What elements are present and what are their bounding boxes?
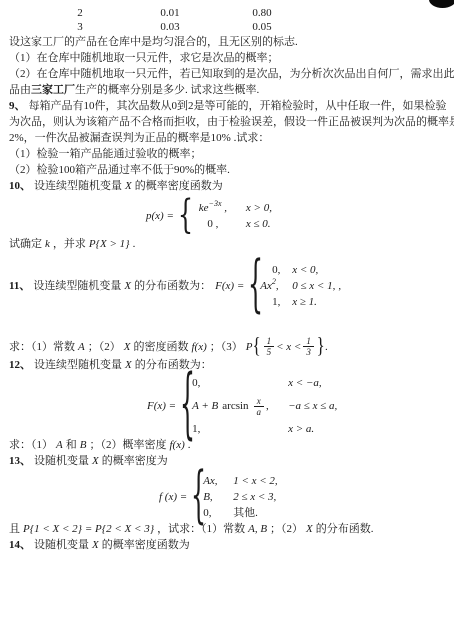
intro-item-1: （1）在仓库中随机地取一只元件，求它是次品的概率； bbox=[9, 50, 445, 66]
math-term: , bbox=[276, 280, 279, 292]
piecewise-value: 1, bbox=[192, 421, 288, 437]
math-var-AB: A, B bbox=[248, 523, 267, 535]
piecewise-row: A + Barcsinxa, −a ≤ x ≤ a, bbox=[192, 391, 337, 421]
piecewise-condition: 0 ≤ x < 1, bbox=[292, 278, 335, 294]
denominator: 5 bbox=[264, 346, 275, 357]
piecewise-condition: x < 0, bbox=[292, 262, 318, 278]
math-expression: P{1 < X < 2} = P{2 < X < 3} bbox=[23, 523, 154, 535]
piecewise-row: ke−3x , x > 0, bbox=[190, 200, 272, 216]
math-term: ke bbox=[199, 202, 209, 214]
math-expression: f(x) bbox=[191, 339, 206, 355]
math-term: , bbox=[222, 202, 228, 214]
piecewise-value: 0, bbox=[192, 375, 288, 391]
formula-p12-cdf: F(x) = { 0, x < −a, A + Barcsinxa, −a ≤ … bbox=[147, 375, 445, 437]
text-segment: 试确定 bbox=[9, 238, 42, 250]
piecewise-row: 0, 其他. bbox=[203, 505, 277, 521]
problem-10-intro: 10、设连续型随机变量X的概率密度函数为 bbox=[9, 178, 445, 194]
math-var-X: X bbox=[125, 359, 132, 371]
problem-14-intro: 14、设随机变量X的概率密度函数为 bbox=[9, 537, 445, 553]
fraction-one-third: 13 bbox=[303, 336, 314, 357]
text-segment: 设连续型随机变量 bbox=[33, 278, 121, 294]
table-cell-rate: 0.01 bbox=[150, 6, 190, 20]
math-var-B: B bbox=[80, 439, 87, 451]
math-term: , bbox=[266, 398, 269, 414]
intro-item-2-cont: 品由三家工厂生产的概率分别是多少. 试求这些概率. bbox=[9, 82, 445, 98]
piecewise-condition: 2 ≤ x < 3, bbox=[233, 489, 276, 505]
math-term: A + B bbox=[192, 398, 218, 414]
numerator: 1 bbox=[264, 336, 275, 346]
problem-13-intro: 13、设随机变量X的概率密度为 bbox=[9, 453, 445, 469]
emphasis-three-factories: 三家工厂 bbox=[31, 84, 75, 96]
piecewise-row: B, 2 ≤ x < 3, bbox=[203, 489, 277, 505]
piecewise-row: 0, x < 0, bbox=[260, 262, 335, 278]
math-var-k: k bbox=[45, 238, 50, 250]
left-brace-icon: { bbox=[191, 481, 198, 514]
piecewise-rows: Ax, 1 < x < 2, B, 2 ≤ x < 3, 0, 其他. bbox=[203, 473, 277, 521]
problem-number: 9、 bbox=[9, 100, 26, 112]
text-segment: 的密度函数 bbox=[133, 339, 188, 355]
text-segment: 生产的概率分别是多少. 试求这些概率. bbox=[75, 84, 259, 96]
text-segment: 设随机变量 bbox=[34, 539, 89, 551]
math-var-X: X bbox=[125, 180, 132, 192]
formula-lhs: f (x) = bbox=[159, 489, 187, 505]
problem-12-intro: 12、设连续型随机变量X的分布函数为： bbox=[9, 357, 445, 373]
table-row: 2 0.01 0.80 bbox=[9, 6, 445, 20]
intro-line-1: 设这家工厂的产品在仓库中是均匀混合的，且无区别的标志. bbox=[9, 34, 445, 50]
left-brace-icon: { bbox=[253, 337, 261, 355]
text-segment: . bbox=[325, 339, 328, 355]
table-cell-rate: 0.03 bbox=[150, 20, 190, 34]
text-segment: ，并求 bbox=[53, 238, 86, 250]
piecewise-value: 0 , bbox=[190, 216, 236, 232]
math-var-X: X bbox=[92, 455, 99, 467]
right-brace-icon: } bbox=[316, 337, 324, 355]
formula-p10-density: p(x) = { ke−3x , x > 0, 0 , x ≤ 0. bbox=[146, 200, 445, 232]
piecewise-condition: 1 < x < 2, bbox=[233, 473, 277, 489]
problem-number: 14、 bbox=[9, 539, 31, 551]
piecewise-condition: x > a. bbox=[288, 421, 314, 437]
piecewise-rows: 0, x < −a, A + Barcsinxa, −a ≤ x ≤ a, 1,… bbox=[192, 375, 337, 437]
text-segment: 的分布函数为： bbox=[134, 278, 211, 294]
fraction-one-fifth: 15 bbox=[264, 336, 275, 357]
text-segment: 的概率密度函数为 bbox=[135, 180, 223, 192]
text-segment: ；（3） bbox=[210, 339, 243, 355]
piecewise-condition: x > 0, bbox=[246, 200, 272, 216]
math-var-X: X bbox=[92, 539, 99, 551]
formula-p13-density: f (x) = { Ax, 1 < x < 2, B, 2 ≤ x < 3, 0… bbox=[159, 473, 445, 521]
text-segment: 设连续型随机变量 bbox=[34, 359, 122, 371]
piecewise-row: Ax, 1 < x < 2, bbox=[203, 473, 277, 489]
text-segment: 和 bbox=[66, 439, 77, 451]
text-segment: 的分布函数为： bbox=[135, 359, 212, 371]
piecewise-row: 0 , x ≤ 0. bbox=[190, 216, 272, 232]
problem-9-line-1: 9、每箱产品有10件，其次品数从0到2是等可能的，开箱检验时，从中任取一件，如果… bbox=[9, 98, 445, 114]
problem-11-intro-formula: 11、设连续型随机变量X的分布函数为： F(x) = { 0, x < 0, A… bbox=[9, 262, 445, 310]
math-var-X: X bbox=[124, 339, 131, 355]
problem-number: 11、 bbox=[9, 278, 30, 294]
piecewise-rows: ke−3x , x > 0, 0 , x ≤ 0. bbox=[190, 200, 272, 232]
defect-rate-table: 2 0.01 0.80 3 0.03 0.05 bbox=[9, 6, 445, 34]
problem-9-line-3: 2%，一件次品被漏查误判为正品的概率是10% .试求： bbox=[9, 130, 445, 146]
text-segment: 的概率密度为 bbox=[102, 455, 168, 467]
math-var-X: X bbox=[306, 523, 313, 535]
table-cell-share: 0.80 bbox=[242, 6, 282, 20]
table-cell-factory: 3 bbox=[65, 20, 95, 34]
text-segment: 每箱产品有10件，其次品数从0到2是等可能的，开箱检验时，从中任取一件，如果检验 bbox=[29, 100, 447, 112]
piecewise-row: 0, x < −a, bbox=[192, 375, 337, 391]
math-expression: P{X > 1} bbox=[89, 238, 130, 250]
text-segment: ；（2）概率密度 bbox=[89, 439, 166, 451]
piecewise-value: 0, bbox=[260, 262, 292, 278]
arcsin-function: arcsin bbox=[222, 398, 248, 414]
text-segment: 求：（1） bbox=[9, 439, 53, 451]
piecewise-row: 1, x ≥ 1. bbox=[260, 294, 335, 310]
math-term: < x < bbox=[276, 339, 301, 355]
math-var-P: P bbox=[246, 339, 253, 355]
document-page: 2 0.01 0.80 3 0.03 0.05 设这家工厂的产品在仓库中是均匀混… bbox=[0, 0, 454, 636]
table-row: 3 0.03 0.05 bbox=[9, 20, 445, 34]
denominator: 3 bbox=[303, 346, 314, 357]
piecewise-value: ke−3x , bbox=[190, 200, 236, 216]
piecewise-condition: x ≤ 0. bbox=[246, 216, 271, 232]
trailing-comma: , bbox=[338, 278, 341, 294]
piecewise-condition: −a ≤ x ≤ a, bbox=[288, 398, 337, 414]
text-segment: ；（2） bbox=[270, 523, 303, 535]
math-var-A: A bbox=[78, 339, 85, 355]
piecewise-value: Ax, bbox=[203, 473, 233, 489]
piecewise-value: A + Barcsinxa, bbox=[192, 396, 288, 417]
text-segment: ；（2） bbox=[88, 339, 121, 355]
piecewise-condition: x < −a, bbox=[288, 375, 321, 391]
text-segment: 的分布函数. bbox=[316, 523, 374, 535]
piecewise-row: 1, x > a. bbox=[192, 421, 337, 437]
table-cell-share: 0.05 bbox=[242, 20, 282, 34]
intro-item-2: （2）在仓库中随机地取一只元件，若已知取到的是次品，为分析次次品出自何厂，需求出… bbox=[9, 66, 445, 82]
text-segment: . bbox=[133, 238, 136, 250]
denominator: a bbox=[254, 406, 265, 417]
problem-13-ask: 且P{1 < X < 2} = P{2 < X < 3}，试求：（1）常数A, … bbox=[9, 521, 445, 537]
piecewise-condition: x ≥ 1. bbox=[292, 294, 317, 310]
problem-9-line-2: 为次品，则认为该箱产品不合格而拒收，由于检验误差，假设一件正品被误判为次品的概率… bbox=[9, 114, 445, 130]
formula-lhs: F(x) = bbox=[215, 278, 244, 294]
piecewise-row: Ax2, 0 ≤ x < 1, bbox=[260, 278, 335, 294]
math-exponent: −3x bbox=[209, 199, 222, 208]
formula-lhs: p(x) = bbox=[146, 208, 174, 224]
piecewise-value: B, bbox=[203, 489, 233, 505]
problem-9-item-1: （1）检验一箱产品能通过验收的概率； bbox=[9, 146, 445, 162]
text-segment: 设随机变量 bbox=[34, 455, 89, 467]
left-brace-icon: { bbox=[248, 270, 255, 303]
piecewise-rows: 0, x < 0, Ax2, 0 ≤ x < 1, 1, x ≥ 1. bbox=[260, 262, 335, 310]
problem-number: 10、 bbox=[9, 180, 31, 192]
text-segment: 且 bbox=[9, 523, 20, 535]
problem-number: 12、 bbox=[9, 359, 31, 371]
text-segment: 设连续型随机变量 bbox=[34, 180, 122, 192]
text-segment: 品由 bbox=[9, 84, 31, 96]
problem-11-ask: 求：（1）常数 A ；（2） X 的密度函数 f(x) ；（3） P { 15 … bbox=[9, 336, 445, 357]
problem-number: 13、 bbox=[9, 455, 31, 467]
problem-9-item-2: （2）检验100箱产品通过率不低于90%的概率. bbox=[9, 162, 445, 178]
left-brace-icon: { bbox=[178, 206, 185, 227]
text-segment: 的概率密度函数为 bbox=[102, 539, 190, 551]
table-cell-factory: 2 bbox=[65, 6, 95, 20]
left-brace-icon: { bbox=[180, 386, 187, 427]
piecewise-value: Ax2, bbox=[260, 278, 292, 294]
text-segment: 求：（1）常数 bbox=[9, 339, 75, 355]
page-content: 2 0.01 0.80 3 0.03 0.05 设这家工厂的产品在仓库中是均匀混… bbox=[0, 0, 454, 553]
math-var-A: A bbox=[56, 439, 63, 451]
problem-12-ask: 求：（1）A和B；（2）概率密度f(x). bbox=[9, 437, 445, 453]
piecewise-value: 0, bbox=[203, 505, 233, 521]
formula-lhs: F(x) = bbox=[147, 398, 176, 414]
math-var-X: X bbox=[124, 278, 131, 294]
numerator: x bbox=[254, 396, 264, 406]
fraction-x-over-a: xa bbox=[254, 396, 265, 417]
piecewise-value: 1, bbox=[260, 294, 292, 310]
problem-10-ask: 试确定k，并求P{X > 1}. bbox=[9, 236, 445, 252]
piecewise-condition: 其他. bbox=[233, 505, 258, 521]
numerator: 1 bbox=[303, 336, 314, 346]
